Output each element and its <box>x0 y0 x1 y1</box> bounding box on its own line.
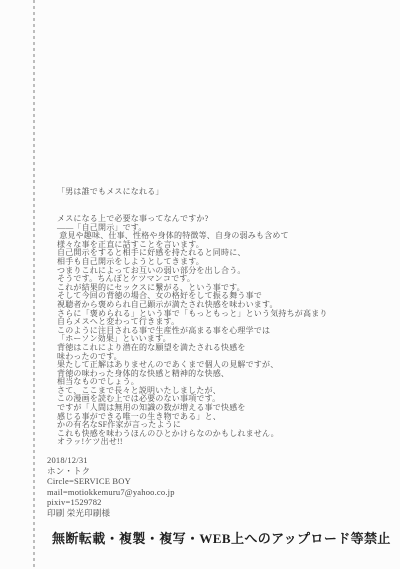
colophon-pixiv: pixiv=1529782 <box>47 497 175 508</box>
colophon-date: 2018/12/31 <box>47 455 175 466</box>
body-line: オラッ!ケツ出せ!! <box>57 438 328 447</box>
scanned-afterword-page: 「男は誰でもメスになれる」 メスになる上で必要な事ってなんですか? ――「自己開… <box>0 0 400 569</box>
colophon-author: ホン・トク <box>47 466 175 477</box>
colophon-block: 2018/12/31 ホン・トク Circle=SERVICE BOY mail… <box>47 455 175 519</box>
afterword-body: メスになる上で必要な事ってなんですか? ――「自己開示」です。 意見や趣味、仕事… <box>57 215 328 447</box>
afterword-title: 「男は誰でもメスになれる」 <box>57 186 164 197</box>
colophon-circle: Circle=SERVICE BOY <box>47 476 175 487</box>
binding-perforation-line <box>33 0 35 569</box>
copyright-notice: 無断転載・複製・複写・WEB上へのアップロード等禁止 <box>52 528 391 547</box>
colophon-mail: mail=motiokkemuru7@yahoo.co.jp <box>47 487 175 498</box>
colophon-printer: 印刷 栄光印刷様 <box>47 508 175 519</box>
